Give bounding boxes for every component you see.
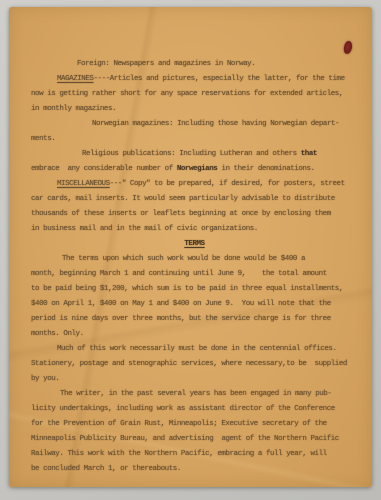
document-line: to be paid being $1,200, which sum is to…	[31, 282, 358, 297]
document-line: Minneapolis Publicity Bureau, and advert…	[31, 432, 358, 447]
document-line: period is nine days over three months, b…	[31, 312, 358, 327]
text-segment: The writer, in the past several years ha…	[60, 390, 331, 398]
text-segment: in business mail and in the mail of civi…	[31, 225, 258, 233]
text-segment: embrace any considerable number of	[31, 165, 177, 173]
text-segment: thousands of these inserts or leaflets b…	[31, 210, 331, 218]
text-segment: Foreign: Newspapers and magazines in Nor…	[77, 60, 255, 68]
text-segment: month, beginning March 1 and continuing …	[31, 270, 327, 278]
document-line: embrace any considerable number of Norwe…	[31, 162, 358, 177]
document-line: Foreign: Newspapers and magazines in Nor…	[31, 57, 358, 72]
text-segment: be concluded March 1, or thereabouts.	[31, 465, 181, 473]
text-segment: TERMS	[184, 240, 204, 248]
document-line: Railway. This work with the Northern Pac…	[31, 447, 358, 462]
document-line: Stationery, postage and stenographic ser…	[31, 357, 358, 372]
text-segment: Railway. This work with the Northern Pac…	[31, 450, 327, 458]
document-line: $400 on April 1, $400 on May 1 and $400 …	[31, 297, 358, 312]
document-line: now is getting rather short for any spac…	[31, 87, 358, 102]
text-segment: Norwegians	[177, 165, 218, 173]
text-segment: MAGAZINES	[57, 75, 93, 83]
document-line: by you.	[31, 372, 358, 387]
text-segment: ----Articles and pictures, especially th…	[93, 75, 344, 83]
document-line: car cards, mail inserts. It would seem p…	[31, 192, 358, 207]
document-line: Religious publications: Including Luther…	[31, 147, 358, 162]
document-line: The terms upon which such work would be …	[31, 252, 358, 267]
text-segment: car cards, mail inserts. It would seem p…	[31, 195, 335, 203]
text-segment: in monthly magazines.	[31, 105, 116, 113]
text-segment: MISCELLANEOUS	[57, 180, 110, 188]
document-line: ments.	[31, 132, 358, 147]
text-segment: by you.	[31, 375, 59, 383]
text-segment: period is nine days over three months, b…	[31, 315, 331, 323]
text-segment: now is getting rather short for any spac…	[31, 90, 343, 98]
document-line: thousands of these inserts or leaflets b…	[31, 207, 358, 222]
text-segment: months. Only.	[31, 330, 84, 338]
document-line: in business mail and in the mail of civi…	[31, 222, 358, 237]
text-segment: Minneapolis Publicity Bureau, and advert…	[31, 435, 339, 443]
text-segment: Norwegian magazines: Including those hav…	[92, 120, 339, 128]
scan-background: Foreign: Newspapers and magazines in Nor…	[0, 0, 381, 500]
text-segment: Much of this work necessarily must be do…	[57, 345, 337, 353]
document-line: MISCELLANEOUS---" Copy" to be prepared, …	[31, 177, 358, 192]
text-segment: Stationery, postage and stenographic ser…	[31, 360, 347, 368]
document-line: be concluded March 1, or thereabouts.	[31, 462, 358, 477]
text-segment: ments.	[31, 135, 55, 143]
text-segment: ---" Copy" to be prepared, if desired, f…	[110, 180, 345, 188]
ink-blot-mark	[343, 40, 354, 55]
document-line: months. Only.	[31, 327, 358, 342]
text-segment: The terms upon which such work would be …	[62, 255, 305, 263]
text-segment: $400 on April 1, $400 on May 1 and $400 …	[31, 300, 331, 308]
text-segment: for the Prevention of Grain Rust, Minnea…	[31, 420, 327, 428]
text-segment: that	[301, 150, 317, 158]
text-segment: in their denominations.	[217, 165, 314, 173]
document-line: licity undertakings, including work as a…	[31, 402, 358, 417]
document-line: for the Prevention of Grain Rust, Minnea…	[31, 417, 358, 432]
document-line: month, beginning March 1 and continuing …	[31, 267, 358, 282]
document-line: The writer, in the past several years ha…	[31, 387, 358, 402]
document-line: TERMS	[31, 237, 358, 252]
document-text-block: Foreign: Newspapers and magazines in Nor…	[31, 57, 358, 477]
paper-page: Foreign: Newspapers and magazines in Nor…	[9, 7, 372, 487]
document-line: Much of this work necessarily must be do…	[31, 342, 358, 357]
text-segment: Religious publications: Including Luther…	[82, 150, 301, 158]
document-line: in monthly magazines.	[31, 102, 358, 117]
document-line: MAGAZINES----Articles and pictures, espe…	[31, 72, 358, 87]
document-line: Norwegian magazines: Including those hav…	[31, 117, 358, 132]
text-segment: to be paid being $1,200, which sum is to…	[31, 285, 343, 293]
text-segment: licity undertakings, including work as a…	[31, 405, 335, 413]
